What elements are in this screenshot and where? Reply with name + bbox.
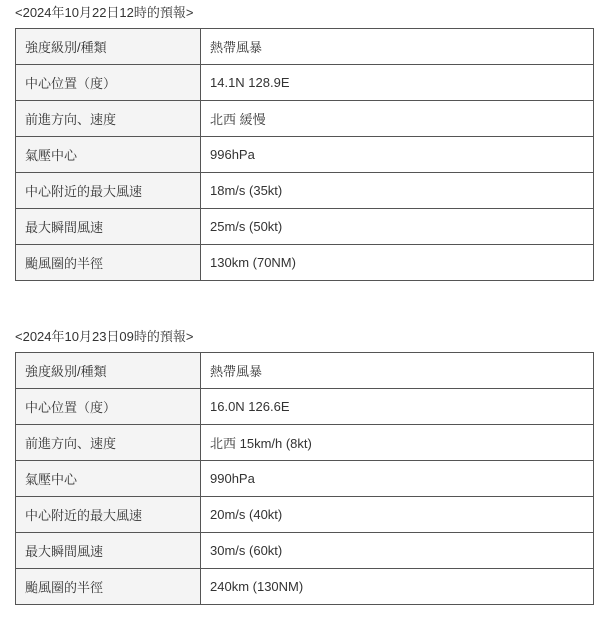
row-label: 最大瞬間風速 <box>16 533 201 569</box>
table-row: 強度級別/種類熱帶風暴 <box>16 29 594 65</box>
row-label: 中心位置（度） <box>16 389 201 425</box>
table-row: 最大瞬間風速25m/s (50kt) <box>16 209 594 245</box>
row-label: 中心附近的最大風速 <box>16 497 201 533</box>
row-label: 前進方向、速度 <box>16 101 201 137</box>
row-label: 氣壓中心 <box>16 461 201 497</box>
table-row: 中心附近的最大風速20m/s (40kt) <box>16 497 594 533</box>
table-row: 氣壓中心990hPa <box>16 461 594 497</box>
table-row: 前進方向、速度北西 15km/h (8kt) <box>16 425 594 461</box>
row-label: 前進方向、速度 <box>16 425 201 461</box>
table-row: 中心位置（度）14.1N 128.9E <box>16 65 594 101</box>
forecast-table: 強度級別/種類熱帶風暴 中心位置（度）14.1N 128.9E 前進方向、速度北… <box>15 28 594 281</box>
table-row: 颱風圈的半徑240km (130NM) <box>16 569 594 605</box>
table-row: 中心位置（度）16.0N 126.6E <box>16 389 594 425</box>
row-label: 氣壓中心 <box>16 137 201 173</box>
row-value: 18m/s (35kt) <box>201 173 594 209</box>
row-value: 240km (130NM) <box>201 569 594 605</box>
row-value: 熱帶風暴 <box>201 29 594 65</box>
row-label: 颱風圈的半徑 <box>16 245 201 281</box>
row-value: 996hPa <box>201 137 594 173</box>
row-value: 30m/s (60kt) <box>201 533 594 569</box>
table-row: 最大瞬間風速30m/s (60kt) <box>16 533 594 569</box>
row-value: 25m/s (50kt) <box>201 209 594 245</box>
row-value: 北西 緩慢 <box>201 101 594 137</box>
row-value: 130km (70NM) <box>201 245 594 281</box>
row-value: 北西 15km/h (8kt) <box>201 425 594 461</box>
table-row: 颱風圈的半徑130km (70NM) <box>16 245 594 281</box>
row-label: 中心附近的最大風速 <box>16 173 201 209</box>
row-label: 最大瞬間風速 <box>16 209 201 245</box>
row-value: 16.0N 126.6E <box>201 389 594 425</box>
forecast-title: <2024年10月22日12時的預報> <box>15 5 193 21</box>
row-label: 強度級別/種類 <box>16 353 201 389</box>
row-label: 中心位置（度） <box>16 65 201 101</box>
table-row: 氣壓中心996hPa <box>16 137 594 173</box>
row-label: 強度級別/種類 <box>16 29 201 65</box>
row-value: 20m/s (40kt) <box>201 497 594 533</box>
forecast-title: <2024年10月23日09時的預報> <box>15 329 193 345</box>
forecast-table: 強度級別/種類熱帶風暴 中心位置（度）16.0N 126.6E 前進方向、速度北… <box>15 352 594 605</box>
row-value: 14.1N 128.9E <box>201 65 594 101</box>
row-value: 990hPa <box>201 461 594 497</box>
table-row: 中心附近的最大風速18m/s (35kt) <box>16 173 594 209</box>
row-label: 颱風圈的半徑 <box>16 569 201 605</box>
table-row: 強度級別/種類熱帶風暴 <box>16 353 594 389</box>
row-value: 熱帶風暴 <box>201 353 594 389</box>
table-row: 前進方向、速度北西 緩慢 <box>16 101 594 137</box>
